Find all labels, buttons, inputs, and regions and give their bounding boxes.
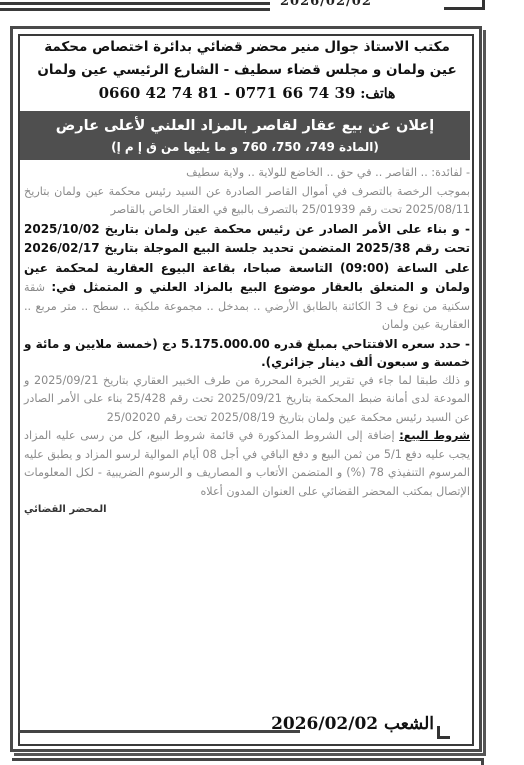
authorization-paragraph: بموجب الرخصة بالتصرف في أموال القاصر الص… bbox=[24, 183, 470, 220]
publication-info: الشعب 2026/02/02 bbox=[271, 714, 434, 734]
previous-clip-date: 2026/02/02 bbox=[280, 0, 372, 9]
phone-line: هاتف: 0660 42 74 81 - 0771 66 74 39 bbox=[24, 82, 470, 105]
expertise-paragraph: و ذلك طبقا لما جاء في تقرير الخبرة المحر… bbox=[24, 372, 470, 428]
footer-rule bbox=[18, 730, 300, 733]
office-header: مكتب الاستاذ جوال منير محضر قضائي بدائرة… bbox=[24, 36, 470, 82]
announcement-content: مكتب الاستاذ جوال منير محضر قضائي بدائرة… bbox=[24, 36, 470, 521]
announcement-title: إعلان عن بيع عقار لقاصر بالمزاد العلني ل… bbox=[24, 114, 466, 138]
announcement-banner: إعلان عن بيع عقار لقاصر بالمزاد العلني ل… bbox=[20, 111, 470, 160]
sale-order-paragraph: - و بناء على الأمر الصادر عن رئيس محكمة … bbox=[24, 220, 470, 335]
signature-row: المحضر القضائي bbox=[24, 501, 470, 521]
office-line-2: عين ولمان و مجلس قضاء سطيف - الشارع الرئ… bbox=[24, 59, 470, 82]
frame-corner bbox=[437, 726, 450, 739]
conditions-paragraph: شروط البيع: إضافة إلى الشروط المذكورة في… bbox=[24, 427, 470, 501]
announcement-subtitle: (المادة 749، 750، 760 و ما يليها من ق إ … bbox=[24, 138, 466, 156]
publication-date: 2026/02/02 bbox=[271, 714, 378, 734]
divider bbox=[0, 2, 270, 5]
frame-corner bbox=[444, 0, 485, 10]
newspaper-name: الشعب bbox=[384, 714, 434, 734]
sale-order-text: - و بناء على الأمر الصادر عن رئيس محكمة … bbox=[24, 222, 470, 295]
conditions-label: شروط البيع: bbox=[399, 429, 470, 442]
announcement-body: - لفائدة: .. القاصر .. في حق .. الخاضع ل… bbox=[24, 164, 470, 521]
office-line-1: مكتب الاستاذ جوال منير محضر قضائي بدائرة… bbox=[24, 36, 470, 59]
publication-footer: الشعب 2026/02/02 bbox=[18, 714, 474, 746]
opening-price-paragraph: - حدد سعره الافتتاحي بمبلغ قدره 5.175.00… bbox=[24, 335, 470, 372]
divider bbox=[0, 8, 270, 11]
phone-label: هاتف: bbox=[360, 86, 395, 102]
previous-clipping-strip: 2026/02/02 bbox=[0, 0, 524, 14]
signature: المحضر القضائي bbox=[24, 501, 107, 520]
next-clipping-edge bbox=[12, 758, 484, 765]
phone-numbers: 0660 42 74 81 - 0771 66 74 39 bbox=[99, 84, 356, 102]
beneficiary-paragraph: - لفائدة: .. القاصر .. في حق .. الخاضع ل… bbox=[24, 164, 470, 183]
